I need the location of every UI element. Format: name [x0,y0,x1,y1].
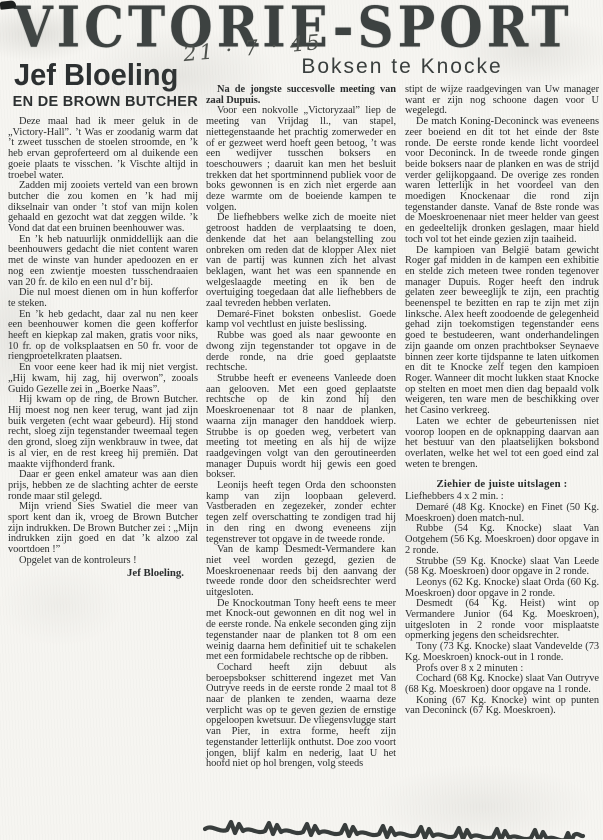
results-heading: Ziehier de juiste uitslagen : [405,478,599,490]
left-article-subtitle: EN DE BROWN BUTCHER [8,94,198,110]
result-item: Koning (67 Kg. Knocke) wint op punten va… [405,696,599,717]
paragraph: Rubbe was goed als naar gewoonte en dwon… [206,331,396,374]
left-article-title: Jef Bloeling [14,59,198,94]
paragraph: En ’k heb gedacht, daar zal nu nen keer … [8,310,198,364]
result-item: Demaré (48 Kg. Knocke) en Finet (50 Kg. … [405,503,599,524]
results-list: Liefhebbers 4 x 2 min. :Demaré (48 Kg. K… [405,492,599,717]
column-left: Jef Bloeling EN DE BROWN BUTCHER Deze ma… [8,59,198,579]
left-article-body: Deze maal had ik meer geluk in de „Victo… [8,117,198,567]
paragraph: Zadden mij zooiets verteld van een brown… [8,181,198,235]
paragraph: Leonijs heeft tegen Orda den schoonsten … [206,481,396,545]
paragraph: Die nul moest dienen om in hun kofferfor… [8,288,198,309]
paragraph: Demaré-Finet boksten onbeslist. Goede ka… [206,310,396,331]
result-item: Leonys (62 Kg. Knocke) slaat Orda (60 Kg… [405,578,599,599]
main-article-body-col2: stipt de wijze raadgevingen van Uw manag… [405,85,599,470]
paragraph: De match Koning-Deconinck was eveneens z… [405,117,599,245]
paragraph: Cochard heeft zijn debuut als beroepsbok… [206,663,396,770]
paragraph: stipt de wijze raadgevingen van Uw manag… [405,85,599,117]
result-item: Strubbe (59 Kg. Knocke) slaat Van Leede … [405,557,599,578]
divider-squiggle [202,815,600,839]
result-item: Tony (73 Kg. Knocke) slaat Vandevelde (7… [405,642,599,663]
paragraph: Daar er geen enkel amateur was aan dien … [8,470,198,502]
paragraph: Laten we echter de gebeurtenissen niet v… [405,417,599,471]
paragraph: Voor een nokvolle „Victoryzaal” liep de … [206,106,396,213]
paragraph: De liefhebbers welke zich de moeite niet… [206,213,396,309]
column-right: stipt de wijze raadgevingen van Uw manag… [405,85,599,717]
newspaper-page: VICTORIE-SPORT 21 · 7 · 45 Jef Bloeling … [0,0,603,840]
result-item: Rubbe (54 Kg. Knocke) slaat Van Ootgehem… [405,524,599,556]
paragraph: De kampioen van België batam gewicht Rog… [405,246,599,417]
paragraph: Na de jongste succesvolle meeting van za… [206,85,396,106]
paragraph: En ’k heb natuurlijk onmiddellijk aan di… [8,235,198,289]
paragraph: Deze maal had ik meer geluk in de „Victo… [8,117,198,181]
result-item: Cochard (68 Kg. Knocke) slaat Van Outryv… [405,674,599,695]
article-signature: Jef Bloeling. [8,568,184,579]
paragraph: Hij kwam op de ring, de Brown Butcher. H… [8,395,198,470]
paragraph: Van de kamp Desmedt-Vermandere kan niet … [206,545,396,599]
paragraph: Strubbe heeft er eveneens Vanleede doen … [206,374,396,481]
result-item: Desmedt (64 Kg. Heist) wint op Vermander… [405,599,599,642]
paragraph: En voor eene keer had ik mij niet vergis… [8,363,198,395]
column-middle: Na de jongste succesvolle meeting van za… [206,85,396,770]
paragraph: De Knockoutman Tony heeft eens te meer m… [206,599,396,663]
paragraph: Opgelet van de kontroleurs ! [8,556,198,567]
main-article-body-col1: Na de jongste succesvolle meeting van za… [206,85,396,770]
paragraph: Mijn vriend Sies Swatiel die meer van sp… [8,502,198,556]
